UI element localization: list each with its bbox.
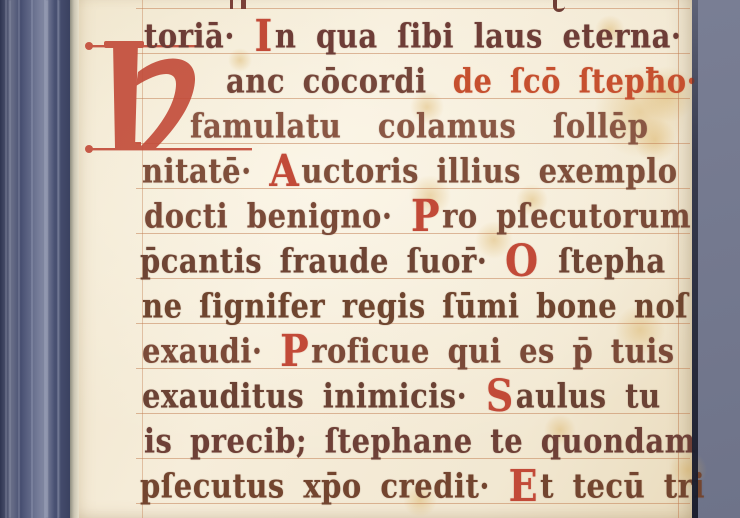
- rubricated-initial: O: [505, 235, 539, 287]
- rubricated-initial: P: [411, 190, 440, 242]
- manuscript-line: famulatu colamus ſollēp: [190, 103, 649, 149]
- text-segment: exauditus inimicis·: [142, 376, 486, 415]
- book-spine: [0, 0, 70, 518]
- text-segment: ne ſignifer regis ſūmi bone noſ: [142, 286, 688, 325]
- rubricated-initial: E: [509, 460, 538, 512]
- rubricated-initial: S: [486, 370, 514, 422]
- text-segment: docti benigno·: [144, 196, 411, 235]
- manuscript-line: anc cōcordide ſcō ſtepħo·: [226, 58, 697, 104]
- spine-streak: [58, 0, 60, 518]
- rubricated-initial: I: [255, 10, 273, 62]
- text-segment: aulus tu: [516, 376, 661, 415]
- page-edge-strip: [70, 0, 79, 518]
- rubric-text: de ſcō ſtepħo·: [453, 61, 698, 100]
- text-segment: ro pſecutorum: [442, 196, 691, 235]
- manuscript-line: p̄cantis fraude ſuor̄· O ſtepha: [140, 238, 666, 284]
- page-shadow-edge: [692, 0, 698, 518]
- manuscript-line: ne ſignifer regis ſūmi bone noſ: [142, 283, 688, 329]
- manuscript-line: exaudi· Proficue qui es p̄ tuis: [142, 328, 675, 374]
- manuscript-line: is precib; ſtephane te quondam: [144, 418, 696, 464]
- text-segment: t tecū tri: [540, 466, 705, 505]
- spine-streak: [46, 0, 48, 518]
- text-segment: famulatu colamus ſollēp: [190, 106, 649, 145]
- manuscript-line: pſecutus xp̄o credit· Et tecū tri: [140, 463, 705, 509]
- text-segment: n qua ſibi laus eterna·: [275, 16, 682, 55]
- manuscript-line: toriā· In qua ſibi laus eterna·: [144, 13, 682, 59]
- text-segment: toriā·: [144, 16, 255, 55]
- manuscript-line: exauditus inimicis· Saulus tu: [142, 373, 661, 419]
- manuscript-photo: toriā· In qua ſibi laus eterna·anc cōcor…: [0, 0, 740, 518]
- horizontal-rule: [136, 8, 690, 9]
- text-segment: is precib; ſtephane te quondam: [144, 421, 696, 460]
- text-segment: ſtepha: [541, 241, 666, 280]
- text-segment: exaudi·: [142, 331, 280, 370]
- manuscript-line: nitatē· Auctoris illius exemplo: [142, 148, 678, 194]
- rubricated-initial: A: [269, 145, 299, 197]
- spine-streak: [9, 0, 11, 518]
- manuscript-line: docti benigno· Pro pſecutorum: [144, 193, 691, 239]
- rubricated-initial: P: [280, 325, 309, 377]
- text-segment: nitatē·: [142, 151, 269, 190]
- text-segment: p̄cantis fraude ſuor̄·: [140, 241, 505, 280]
- text-segment: uctoris illius exemplo: [301, 151, 677, 190]
- text-segment: pſecutus xp̄o credit·: [140, 466, 509, 505]
- text-segment: anc cōcordi: [226, 61, 427, 100]
- text-segment: roficue qui es p̄ tuis: [311, 331, 674, 370]
